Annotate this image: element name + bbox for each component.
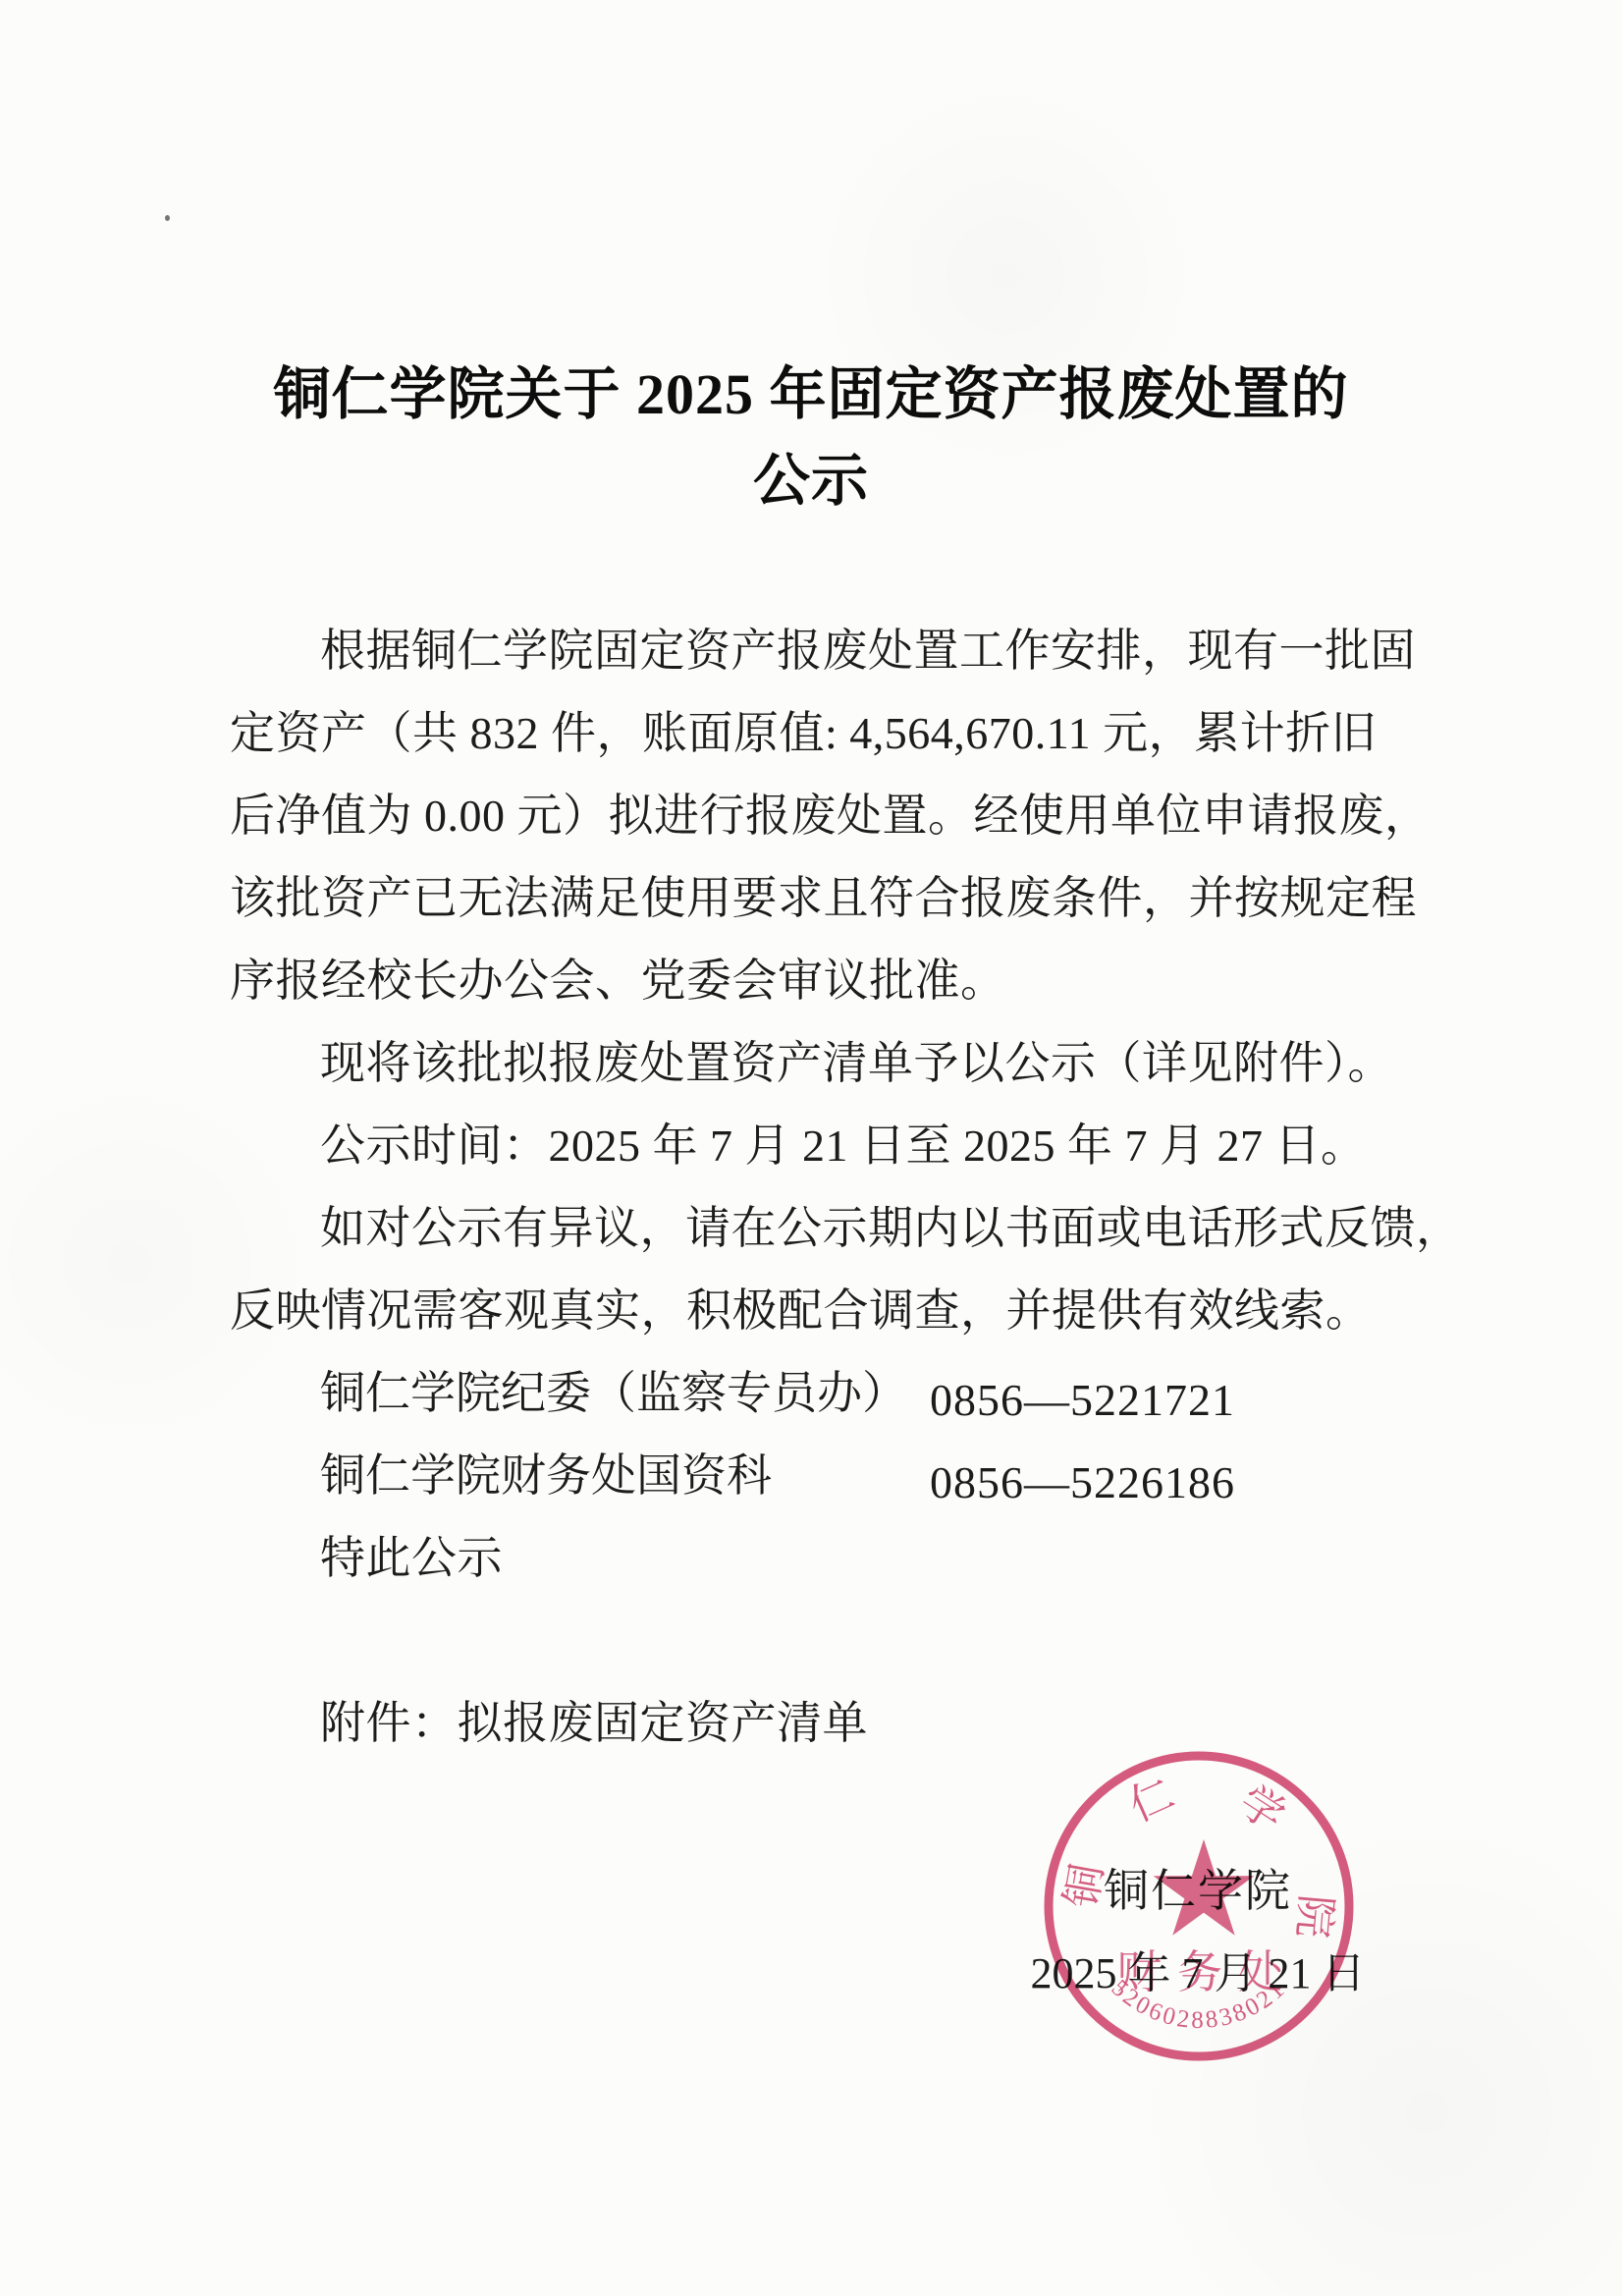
official-seal: 铜 仁 学 院 财务处 5206028838021	[1041, 1748, 1357, 2064]
body-line: 现将该批拟报废处置资产清单予以公示（详见附件）。	[230, 1022, 1394, 1105]
seal-arc-char: 仁	[1122, 1770, 1181, 1831]
contact-line-caiwuchu: 铜仁学院财务处国资科 0856—5226186	[230, 1435, 1394, 1517]
paragraph-4-objection: 如对公示有异议，请在公示期内以书面或电话形式反馈， 反映情况需客观真实，积极配合…	[230, 1187, 1394, 1352]
contact-label: 铜仁学院纪委（监察专员办）	[230, 1352, 907, 1435]
paragraph-3-publicity-period: 公示时间：2025 年 7 月 21 日至 2025 年 7 月 27 日。	[230, 1105, 1394, 1187]
paragraph-1: 根据铜仁学院固定资产报废处置工作安排，现有一批固 定资产（共 832 件，账面原…	[230, 610, 1394, 1022]
body-line: 反映情况需客观真实，积极配合调查，并提供有效线索。	[230, 1270, 1394, 1352]
body-line: 如对公示有异议，请在公示期内以书面或电话形式反馈，	[230, 1187, 1394, 1270]
notice-page: 铜仁学院关于 2025 年固定资产报废处置的 公示 根据铜仁学院固定资产报废处置…	[0, 0, 1622, 2296]
contact-label: 铜仁学院财务处国资科	[230, 1435, 772, 1517]
body-line: 根据铜仁学院固定资产报废处置工作安排，现有一批固	[230, 610, 1394, 692]
contact-phone: 0856—5226186	[930, 1442, 1235, 1524]
contact-line-jiwei: 铜仁学院纪委（监察专员办） 0856—5221721	[230, 1352, 1394, 1435]
body-line: 定资产（共 832 件，账面原值: 4,564,670.11 元，累计折旧	[230, 692, 1394, 775]
body-line: 后净值为 0.00 元）拟进行报废处置。经使用单位申请报废，	[230, 775, 1394, 857]
seal-arc-char: 院	[1288, 1892, 1340, 1940]
seal-arc-char: 铜	[1057, 1861, 1112, 1912]
title-line-1: 铜仁学院关于 2025 年固定资产报废处置的	[0, 352, 1622, 438]
paragraph-2: 现将该批拟报废处置资产清单予以公示（详见附件）。	[230, 1022, 1394, 1105]
title-line-2: 公示	[0, 438, 1622, 524]
body-line: 公示时间：2025 年 7 月 21 日至 2025 年 7 月 27 日。	[230, 1105, 1394, 1187]
body-line: 该批资产已无法满足使用要求且符合报废条件，并按规定程	[230, 857, 1394, 940]
seal-star-icon	[1154, 1839, 1255, 1936]
notice-body: 根据铜仁学院固定资产报废处置工作安排，现有一批固 定资产（共 832 件，账面原…	[230, 610, 1394, 1765]
scan-speck	[165, 215, 170, 221]
closing-line: 特此公示	[230, 1517, 1394, 1600]
contact-phone: 0856—5221721	[930, 1359, 1235, 1442]
body-line: 序报经校长办公会、党委会审议批准。	[230, 940, 1394, 1022]
page-title: 铜仁学院关于 2025 年固定资产报废处置的 公示	[0, 352, 1622, 524]
body-line: 特此公示	[230, 1517, 1394, 1600]
